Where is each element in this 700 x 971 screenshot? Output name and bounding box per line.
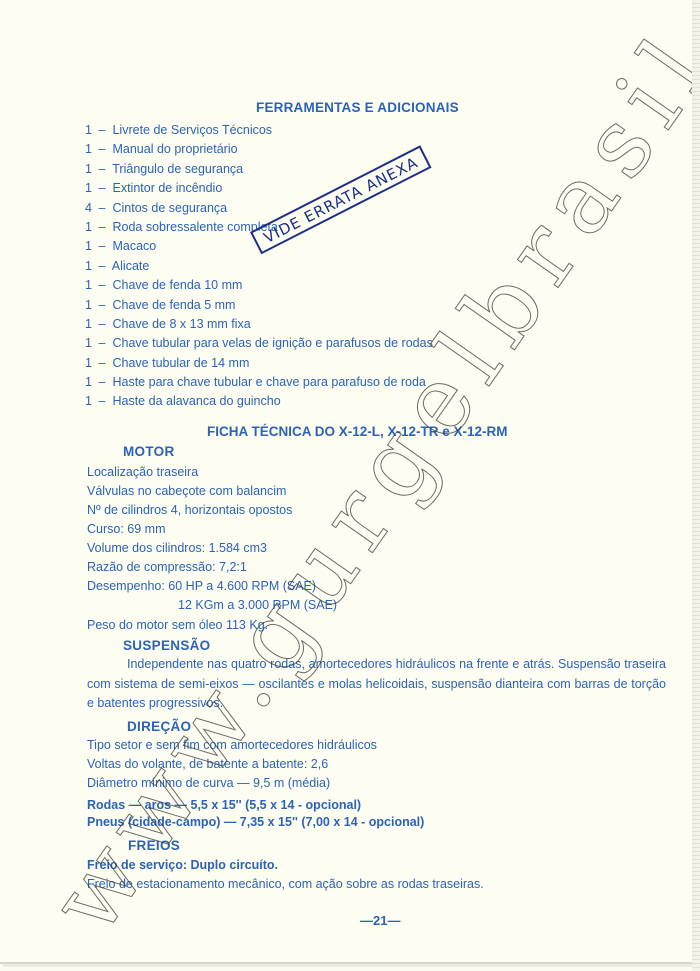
page-number: —21—	[360, 913, 400, 928]
tools-list-item: 1– Chave tubular para velas de ignição e…	[85, 334, 433, 353]
dash-separator: –	[95, 296, 109, 315]
direcao-line: Voltas do volante, de batente a batente:…	[87, 757, 328, 771]
item-quantity: 1	[85, 179, 95, 198]
dash-separator: –	[95, 121, 109, 140]
dash-separator: –	[95, 354, 109, 373]
item-label: Manual do proprietário	[112, 142, 237, 156]
item-label: Haste para chave tubular e chave para pa…	[112, 375, 425, 389]
item-label: Chave tubular de 14 mm	[112, 356, 249, 370]
tools-list-item: 4– Cintos de segurança	[85, 199, 433, 218]
direcao-heading: DIREÇÃO	[127, 719, 191, 734]
dash-separator: –	[95, 237, 109, 256]
item-label: Cintos de segurança	[112, 201, 227, 215]
item-label: Alicate	[112, 259, 150, 273]
dash-separator: –	[95, 257, 109, 276]
item-label: Triângulo de segurança	[112, 162, 243, 176]
item-label: Chave tubular para velas de ignição e pa…	[112, 336, 432, 350]
freios-heading: FREIOS	[128, 838, 180, 853]
motor-line: Peso do motor sem óleo 113 Kg.	[87, 618, 268, 632]
item-quantity: 1	[85, 334, 95, 353]
dash-separator: –	[95, 276, 109, 295]
motor-heading: MOTOR	[123, 444, 175, 459]
pneus-line: Pneus (cidade-campo) — 7,35 x 15'' (7,00…	[87, 815, 424, 829]
dash-separator: –	[95, 392, 109, 411]
item-quantity: 1	[85, 218, 95, 237]
item-label: Chave de fenda 5 mm	[112, 298, 235, 312]
tools-list-item: 1– Haste para chave tubular e chave para…	[85, 373, 433, 392]
tools-list-item: 1– Chave tubular de 14 mm	[85, 354, 433, 373]
motor-line: Desempenho: 60 HP a 4.600 RPM (SAE)	[87, 579, 316, 593]
item-quantity: 1	[85, 257, 95, 276]
item-quantity: 1	[85, 315, 95, 334]
item-quantity: 1	[85, 296, 95, 315]
freio-servico-line: Freio de serviço: Duplo circuíto.	[87, 858, 278, 872]
item-quantity: 1	[85, 354, 95, 373]
tools-list-item: 1– Alicate	[85, 257, 433, 276]
tools-list-item: 1– Chave de fenda 5 mm	[85, 296, 433, 315]
tools-list-item: 1– Chave de fenda 10 mm	[85, 276, 433, 295]
document-page: FERRAMENTAS E ADICIONAIS 1– Livrete de S…	[0, 0, 694, 964]
dash-separator: –	[95, 179, 109, 198]
motor-line: Curso: 69 mm	[87, 522, 166, 536]
item-label: Macaco	[112, 239, 156, 253]
item-label: Livrete de Serviços Técnicos	[112, 123, 272, 137]
dash-separator: –	[95, 373, 109, 392]
dash-separator: –	[95, 140, 109, 159]
item-quantity: 1	[85, 121, 95, 140]
dash-separator: –	[95, 199, 109, 218]
direcao-line: Diâmetro mínimo de curva — 9,5 m (média)	[87, 776, 330, 790]
dash-separator: –	[95, 315, 109, 334]
tools-list-item: 1– Chave de 8 x 13 mm fixa	[85, 315, 433, 334]
motor-line: Válvulas no cabeçote com balancim	[87, 484, 286, 498]
rodas-line: Rodas — aros — 5,5 x 15'' (5,5 x 14 - op…	[87, 798, 361, 812]
item-label: Chave de 8 x 13 mm fixa	[112, 317, 250, 331]
suspensao-heading: SUSPENSÃO	[123, 638, 210, 653]
motor-line: Razão de compressão: 7,2:1	[87, 560, 247, 574]
dash-separator: –	[95, 160, 109, 179]
dash-separator: –	[95, 334, 109, 353]
item-quantity: 1	[85, 237, 95, 256]
item-quantity: 1	[85, 160, 95, 179]
motor-line: Localização traseira	[87, 465, 198, 479]
item-quantity: 4	[85, 199, 95, 218]
item-quantity: 1	[85, 276, 95, 295]
motor-line: Nº de cilindros 4, horizontais opostos	[87, 503, 292, 517]
motor-line: 12 KGm a 3.000 RPM (SAE)	[178, 598, 337, 612]
direcao-line: Tipo setor e sem fim com amortecedores h…	[87, 738, 377, 752]
item-quantity: 1	[85, 140, 95, 159]
item-label: Chave de fenda 10 mm	[112, 278, 242, 292]
item-label: Extintor de incêndio	[112, 181, 222, 195]
tools-list-item: 1– Manual do proprietário	[85, 140, 433, 159]
item-quantity: 1	[85, 392, 95, 411]
dash-separator: –	[95, 218, 109, 237]
freio-estacionamento-line: Freio de estacionamento mecânico, com aç…	[87, 877, 484, 891]
ficha-tecnica-title: FICHA TÉCNICA DO X-12-L, X-12-TR e X-12-…	[207, 424, 508, 439]
page-edge	[692, 0, 700, 971]
motor-line: Volume dos cilindros: 1.584 cm3	[87, 541, 267, 555]
tools-list-item: 1– Haste da alavanca do guincho	[85, 392, 433, 411]
item-quantity: 1	[85, 373, 95, 392]
suspensao-paragraph: Independente nas quatro rodas, amorteced…	[87, 655, 666, 714]
tools-list-item: 1– Livrete de Serviços Técnicos	[85, 121, 433, 140]
tools-section-title: FERRAMENTAS E ADICIONAIS	[256, 100, 459, 115]
item-label: Haste da alavanca do guincho	[112, 394, 280, 408]
